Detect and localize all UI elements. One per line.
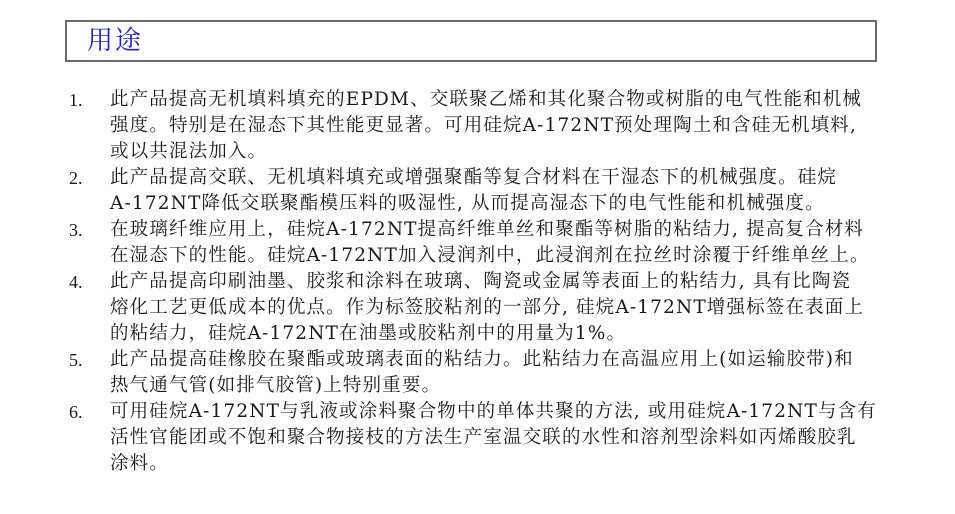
- item-line: 的粘结力，硅烷A-172NT在油墨或胶粘剂中的用量为1%。: [110, 321, 880, 347]
- item-text: 此产品提高无机填料填充的EPDM、交联聚乙烯和其化聚合物或树脂的电气性能和机械 …: [110, 87, 880, 165]
- item-line: 在湿态下的性能。硅烷A-172NT加入浸润剂中，此浸润剂在拉丝时涂覆于纤维单丝上…: [110, 243, 880, 269]
- item-line: 活性官能团或不饱和聚合物接枝的方法生产室温交联的水性和溶剂型涂料如丙烯酸胶乳: [110, 425, 880, 451]
- section-title: 用途: [87, 26, 143, 56]
- item-text: 可用硅烷A-172NT与乳液或涂料聚合物中的单体共聚的方法, 或用硅烷A-172…: [110, 399, 880, 477]
- section-header-box: 用途: [65, 20, 877, 62]
- usage-item-5: 5. 此产品提高硅橡胶在聚酯或玻璃表面的粘结力。此粘结力在高温应用上(如运输胶带…: [0, 347, 955, 399]
- item-line: 可用硅烷A-172NT与乳液或涂料聚合物中的单体共聚的方法, 或用硅烷A-172…: [110, 399, 880, 425]
- item-number: 4.: [69, 269, 83, 295]
- item-number: 5.: [69, 347, 83, 373]
- item-line: 此产品提高印刷油墨、胶浆和涂料在玻璃、陶瓷或金属等表面上的粘结力, 具有比陶瓷: [110, 269, 880, 295]
- item-text: 在玻璃纤维应用上，硅烷A-172NT提高纤维单丝和聚酯等树脂的粘结力, 提高复合…: [110, 217, 880, 269]
- usage-item-6: 6. 可用硅烷A-172NT与乳液或涂料聚合物中的单体共聚的方法, 或用硅烷A-…: [0, 399, 955, 477]
- item-text: 此产品提高印刷油墨、胶浆和涂料在玻璃、陶瓷或金属等表面上的粘结力, 具有比陶瓷 …: [110, 269, 880, 347]
- item-line: 在玻璃纤维应用上，硅烷A-172NT提高纤维单丝和聚酯等树脂的粘结力, 提高复合…: [110, 217, 880, 243]
- item-line: 此产品提高交联、无机填料填充或增强聚酯等复合材料在干湿态下的机械强度。硅烷: [110, 165, 880, 191]
- usage-item-4: 4. 此产品提高印刷油墨、胶浆和涂料在玻璃、陶瓷或金属等表面上的粘结力, 具有比…: [0, 269, 955, 347]
- item-line: 热气通气管(如排气胶管)上特别重要。: [110, 373, 880, 399]
- item-line: 此产品提高硅橡胶在聚酯或玻璃表面的粘结力。此粘结力在高温应用上(如运输胶带)和: [110, 347, 880, 373]
- item-number: 6.: [69, 399, 83, 425]
- item-number: 1.: [69, 87, 83, 113]
- item-line: 此产品提高无机填料填充的EPDM、交联聚乙烯和其化聚合物或树脂的电气性能和机械: [110, 87, 880, 113]
- item-line: 涂料。: [110, 451, 880, 477]
- item-line: 强度。特别是在湿态下其性能更显著。可用硅烷A-172NT预处理陶土和含硅无机填料…: [110, 113, 880, 139]
- item-number: 3.: [69, 217, 83, 243]
- usage-item-1: 1. 此产品提高无机填料填充的EPDM、交联聚乙烯和其化聚合物或树脂的电气性能和…: [0, 87, 955, 165]
- usage-item-2: 2. 此产品提高交联、无机填料填充或增强聚酯等复合材料在干湿态下的机械强度。硅烷…: [0, 165, 955, 217]
- usage-item-3: 3. 在玻璃纤维应用上，硅烷A-172NT提高纤维单丝和聚酯等树脂的粘结力, 提…: [0, 217, 955, 269]
- item-line: 或以共混法加入。: [110, 139, 880, 165]
- item-number: 2.: [69, 165, 83, 191]
- item-line: A-172NT降低交联聚酯模压料的吸湿性, 从而提高湿态下的电气性能和机械强度。: [110, 191, 880, 217]
- item-text: 此产品提高交联、无机填料填充或增强聚酯等复合材料在干湿态下的机械强度。硅烷 A-…: [110, 165, 880, 217]
- item-line: 熔化工艺更低成本的优点。作为标签胶粘剂的一部分, 硅烷A-172NT增强标签在表…: [110, 295, 880, 321]
- item-text: 此产品提高硅橡胶在聚酯或玻璃表面的粘结力。此粘结力在高温应用上(如运输胶带)和 …: [110, 347, 880, 399]
- usage-list: 1. 此产品提高无机填料填充的EPDM、交联聚乙烯和其化聚合物或树脂的电气性能和…: [0, 87, 955, 477]
